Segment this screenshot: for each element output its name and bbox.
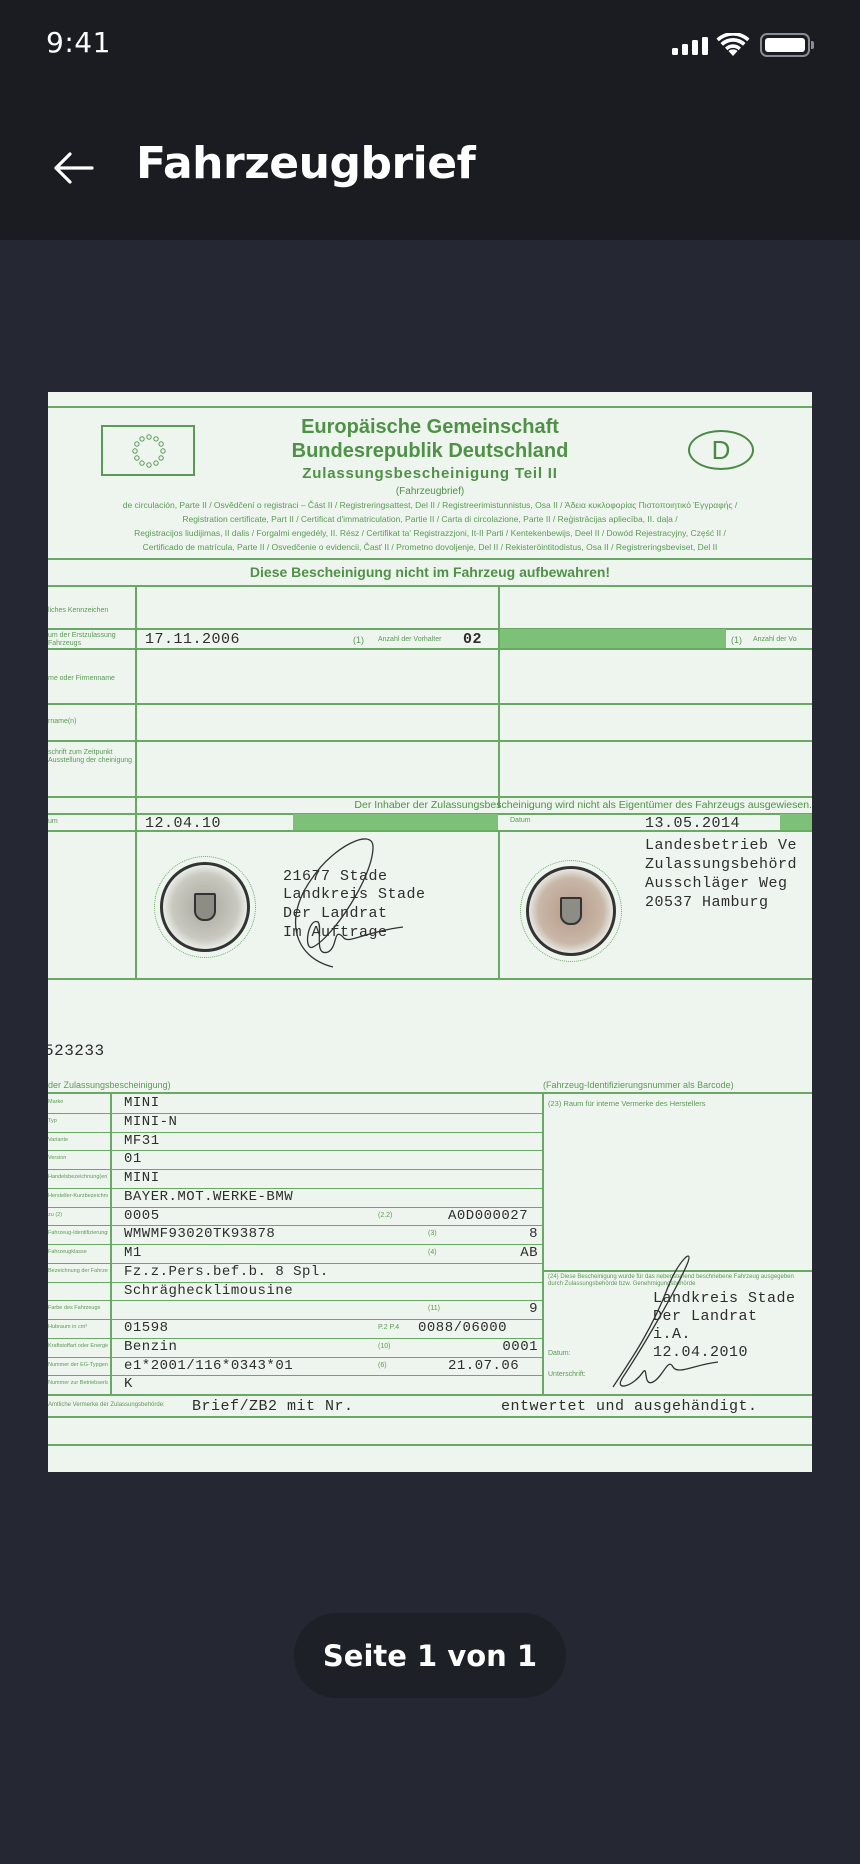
code-label: (1): [353, 635, 364, 645]
vehicle-row-code: (2.2): [378, 1212, 392, 1219]
row-divider: [48, 1244, 542, 1245]
label-raum-hersteller: (23) Raum für interne Vermerke des Herst…: [548, 1099, 706, 1108]
multilingual-line: Registracijos liudijimas, II dalis / For…: [48, 528, 812, 538]
vehicle-row-value: Benzin: [124, 1339, 177, 1355]
vehicle-row-extra: 21.07.06: [448, 1358, 519, 1374]
back-button[interactable]: [50, 145, 100, 191]
vehicle-row-extra: 0001: [502, 1339, 538, 1355]
vehicle-row-value: Fz.z.Pers.bef.b. 8 Spl.: [124, 1264, 329, 1280]
vehicle-row-value: e1*2001/116*0343*01: [124, 1358, 293, 1374]
row-divider: [48, 1282, 542, 1283]
vehicle-row-label: Marke: [48, 1099, 108, 1105]
document-preview[interactable]: Europäische Gemeinschaft Bundesrepublik …: [48, 392, 812, 1472]
vehicle-row-extra: 0088/06000: [418, 1320, 507, 1336]
multilingual-line: Registration certificate, Part II / Cert…: [48, 514, 812, 524]
value-erstzulassung: 17.11.2006: [145, 631, 240, 648]
page-title: Fahrzeugbrief: [136, 138, 475, 189]
wifi-icon: [716, 33, 750, 57]
vehicle-row-value: 01598: [124, 1320, 169, 1336]
app-bar: Fahrzeugbrief: [0, 90, 860, 240]
battery-icon: [760, 33, 810, 57]
label-erstzulassung: um der Erstzulassung Fahrzeugs: [48, 632, 133, 648]
code-label: (1): [731, 635, 742, 645]
authority-right-line: Zulassungsbehörd: [645, 856, 797, 873]
vehicle-row-value: MINI-N: [124, 1114, 177, 1130]
note-barcode: (Fahrzeug-Identifizierungsnummer als Bar…: [543, 1080, 734, 1090]
vehicle-row-code: (6): [378, 1362, 387, 1369]
vermerk-left: Brief/ZB2 mit Nr.: [192, 1398, 354, 1415]
battery-nub: [811, 41, 814, 49]
vehicle-row-label: Version: [48, 1155, 108, 1161]
label-vorhalter-right: Anzahl der Vo: [753, 636, 797, 643]
label-name: me oder Firmenname: [48, 675, 115, 682]
vehicle-row-value: BAYER.MOT.WERKE-BMW: [124, 1189, 293, 1205]
vehicle-row-value: MINI: [124, 1095, 160, 1111]
vehicle-row-label: Variante: [48, 1137, 108, 1143]
inhaber-notice: Der Inhaber der Zulassungsbescheinigung …: [178, 799, 812, 811]
vehicle-row-label: Nummer zur Betriebserlaubnis: [48, 1380, 108, 1386]
vehicle-row-label: Handelsbezeichnung(en): [48, 1174, 108, 1180]
page-indicator-label: Seite 1 von 1: [323, 1639, 537, 1673]
vehicle-row-value: WMWMF93020TK93878: [124, 1226, 275, 1242]
document-number: 523233: [48, 1042, 105, 1060]
vehicle-row-label: Fahrzeugklasse: [48, 1249, 108, 1255]
vehicle-row-value: K: [124, 1376, 133, 1392]
multilingual-line: de circulación, Parte II / Osvědčení o r…: [48, 500, 812, 510]
country-code-oval: D: [688, 430, 754, 470]
vehicle-row-label: Nummer der EG-Typgenehmigung oder ABE: [48, 1362, 108, 1368]
authority-right-line: Landesbetrieb Ve: [645, 837, 797, 854]
vehicle-row-extra: 8: [529, 1226, 538, 1242]
vermerk-right: entwertet und ausgehändigt.: [501, 1398, 758, 1415]
doc-header-line4: (Fahrzeugbrief): [48, 486, 812, 497]
vehicle-row-value: 0005: [124, 1208, 160, 1224]
row-divider: [48, 1169, 542, 1170]
cellular-signal-icon: [672, 37, 708, 55]
vehicle-row-value: MF31: [124, 1133, 160, 1149]
vehicle-row-code: (11): [428, 1305, 440, 1312]
vehicle-row-extra: AB: [520, 1245, 538, 1261]
row-divider: [48, 1150, 542, 1151]
vehicle-row-value: MINI: [124, 1170, 160, 1186]
warning-text: Diese Bescheinigung nicht im Fahrzeug au…: [48, 564, 812, 580]
vehicle-row-value: Schräghecklimousine: [124, 1283, 293, 1299]
note-number: der Zulassungsbescheinigung): [48, 1080, 171, 1090]
row-divider: [48, 1225, 542, 1226]
label-anschrift: schrift zum Zeitpunkt Ausstellung der ch…: [48, 749, 133, 765]
label-vermerke: Amtliche Vermerke der Zulassungsbehörde:: [48, 1402, 165, 1408]
vehicle-row-label: Hersteller-Kurzbezeichnung: [48, 1193, 108, 1199]
arrow-left-icon: [50, 145, 96, 191]
vehicle-row-code: (10): [378, 1343, 390, 1350]
vehicle-row-label: Hubraum in cm³: [48, 1324, 108, 1330]
row-divider: [48, 1300, 542, 1301]
row-divider: [48, 1113, 542, 1114]
highlight-bar: [500, 629, 726, 648]
highlight-bar: [780, 814, 812, 830]
vehicle-row-label: Typ: [48, 1118, 108, 1124]
vehicle-row-value: M1: [124, 1245, 142, 1261]
label-datum-sig: Datum:: [548, 1350, 571, 1357]
status-time: 9:41: [46, 26, 111, 59]
value-vorhalter: 02: [463, 631, 482, 648]
label-datum-right: Datum: [510, 817, 531, 824]
vehicle-row-label: Kraftstoffart oder Energiequelle: [48, 1343, 108, 1349]
row-divider: [48, 1338, 542, 1339]
vehicle-row-extra: A0D000027: [448, 1208, 528, 1224]
vehicle-row-value: 01: [124, 1151, 142, 1167]
page-indicator: Seite 1 von 1: [294, 1613, 566, 1698]
vehicle-row-label: zu (2): [48, 1212, 108, 1218]
vehicle-row-code: P.2 P.4: [378, 1324, 399, 1331]
vehicle-row-code: (4): [428, 1249, 437, 1256]
official-stamp-hamburg: [526, 866, 616, 956]
label-datum-left: um: [48, 818, 58, 825]
vehicle-row-code: (3): [428, 1230, 437, 1237]
row-divider: [48, 1132, 542, 1133]
official-stamp-stade: [160, 862, 250, 952]
signature-icon: [593, 1247, 723, 1397]
vehicle-row-label: Farbe des Fahrzeugs: [48, 1305, 108, 1311]
label-kennzeichen: liches Kennzeichen: [48, 607, 108, 614]
authority-right-line: Ausschläger Weg: [645, 875, 788, 892]
vehicle-row-label: Bezeichnung der Fahrzeugklasse und des A…: [48, 1268, 108, 1274]
vehicle-row-label: Fahrzeug-Identifizierungsnummer: [48, 1230, 108, 1236]
doc-header-line3: Zulassungsbescheinigung Teil II: [48, 465, 812, 482]
status-bar: 9:41: [0, 0, 860, 90]
vehicle-row-extra: 9: [529, 1301, 538, 1317]
label-unterschrift: Unterschrift:: [548, 1371, 586, 1378]
row-divider: [48, 1375, 542, 1376]
label-vorname: rname(n): [48, 718, 76, 725]
multilingual-line: Certificado de matrícula, Parte II / Osv…: [48, 542, 812, 552]
authority-right-line: 20537 Hamburg: [645, 894, 769, 911]
row-divider: [48, 1188, 542, 1189]
label-vorhalter: Anzahl der Vorhalter: [378, 636, 441, 643]
signature-icon: [273, 827, 413, 987]
